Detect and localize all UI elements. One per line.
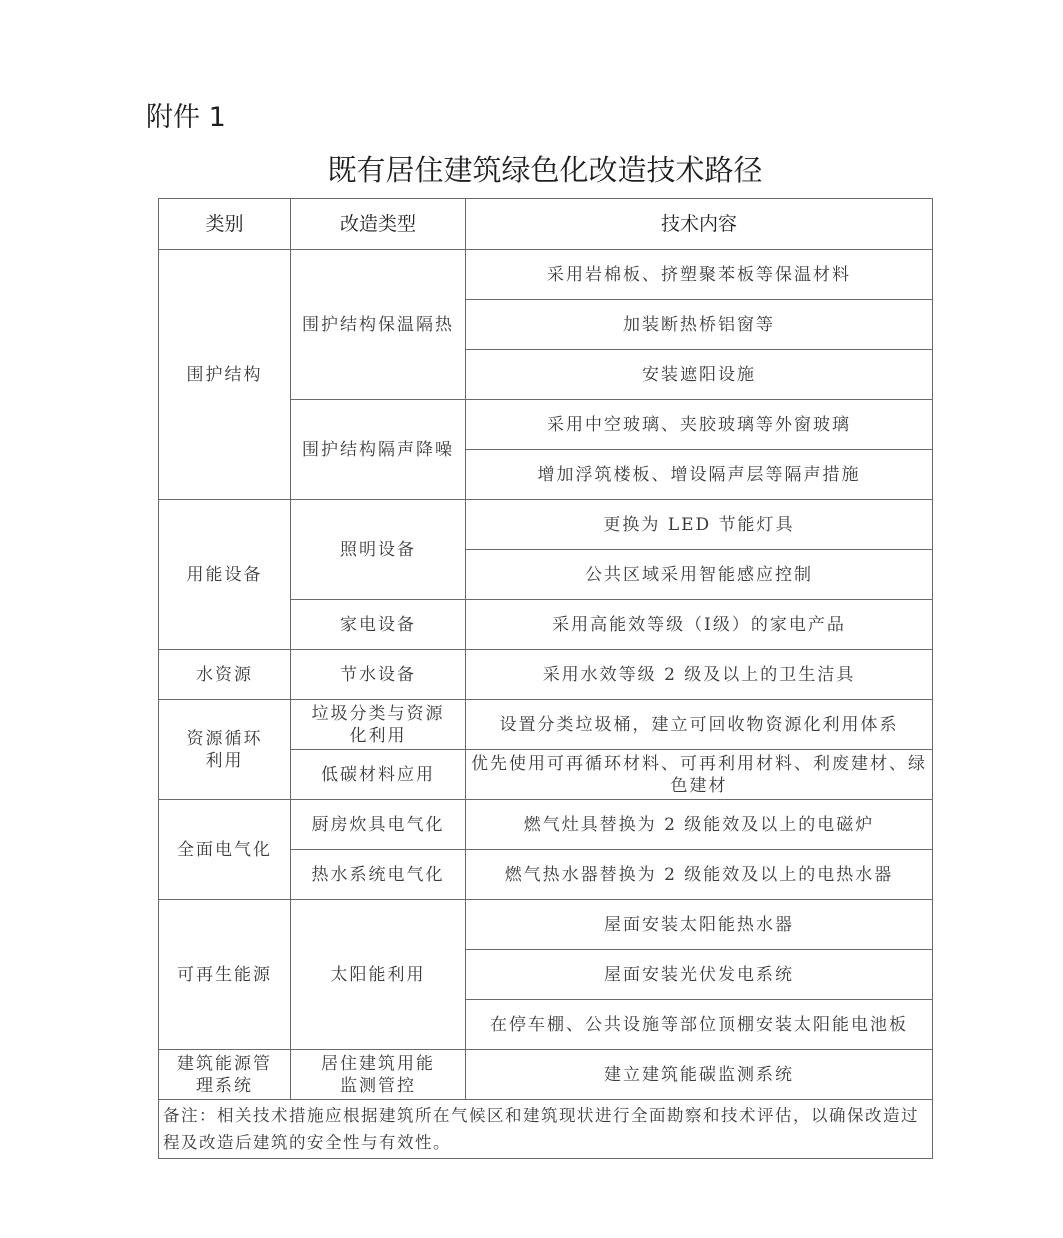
document-title: 既有居住建筑绿色化改造技术路径	[0, 148, 1063, 189]
type-cell: 节水设备	[291, 650, 466, 700]
type-cell: 居住建筑用能监测管控	[291, 1050, 466, 1100]
content-cell: 燃气灶具替换为 2 级能效及以上的电磁炉	[466, 800, 933, 850]
content-cell: 更换为 LED 节能灯具	[466, 500, 933, 550]
content-cell: 加装断热桥铝窗等	[466, 300, 933, 350]
category-cell: 全面电气化	[159, 800, 291, 900]
category-cell: 围护结构	[159, 250, 291, 500]
type-cell: 太阳能利用	[291, 900, 466, 1050]
header-category: 类别	[159, 199, 291, 250]
category-cell: 用能设备	[159, 500, 291, 650]
type-cell: 照明设备	[291, 500, 466, 600]
category-cell: 资源循环利用	[159, 700, 291, 800]
content-cell: 采用高能效等级（Ⅰ级）的家电产品	[466, 600, 933, 650]
attachment-label: 附件 1	[146, 95, 226, 134]
content-cell: 采用岩棉板、挤塑聚苯板等保温材料	[466, 250, 933, 300]
content-cell: 屋面安装光伏发电系统	[466, 950, 933, 1000]
content-cell: 燃气热水器替换为 2 级能效及以上的电热水器	[466, 850, 933, 900]
type-cell: 围护结构隔声降噪	[291, 400, 466, 500]
content-cell: 增加浮筑楼板、增设隔声层等隔声措施	[466, 450, 933, 500]
content-cell: 建立建筑能碳监测系统	[466, 1050, 933, 1100]
type-cell: 家电设备	[291, 600, 466, 650]
header-content: 技术内容	[466, 199, 933, 250]
type-cell: 厨房炊具电气化	[291, 800, 466, 850]
type-cell: 低碳材料应用	[291, 750, 466, 800]
content-cell: 屋面安装太阳能热水器	[466, 900, 933, 950]
type-cell: 垃圾分类与资源化利用	[291, 700, 466, 750]
content-cell: 采用中空玻璃、夹胶玻璃等外窗玻璃	[466, 400, 933, 450]
category-cell: 水资源	[159, 650, 291, 700]
content-cell: 优先使用可再循环材料、可再利用材料、利废建材、绿色建材	[466, 750, 933, 800]
content-cell: 在停车棚、公共设施等部位顶棚安装太阳能电池板	[466, 1000, 933, 1050]
content-cell: 公共区域采用智能感应控制	[466, 550, 933, 600]
header-type: 改造类型	[291, 199, 466, 250]
type-cell: 围护结构保温隔热	[291, 250, 466, 400]
category-cell: 建筑能源管理系统	[159, 1050, 291, 1100]
category-cell: 可再生能源	[159, 900, 291, 1050]
type-cell: 热水系统电气化	[291, 850, 466, 900]
table-note: 备注：相关技术措施应根据建筑所在气候区和建筑现状进行全面勘察和技术评估，以确保改…	[159, 1100, 933, 1159]
retrofit-technology-table: 类别 改造类型 技术内容 围护结构 围护结构保温隔热 采用岩棉板、挤塑聚苯板等保…	[158, 198, 933, 1159]
content-cell: 安装遮阳设施	[466, 350, 933, 400]
content-cell: 设置分类垃圾桶，建立可回收物资源化利用体系	[466, 700, 933, 750]
content-cell: 采用水效等级 2 级及以上的卫生洁具	[466, 650, 933, 700]
